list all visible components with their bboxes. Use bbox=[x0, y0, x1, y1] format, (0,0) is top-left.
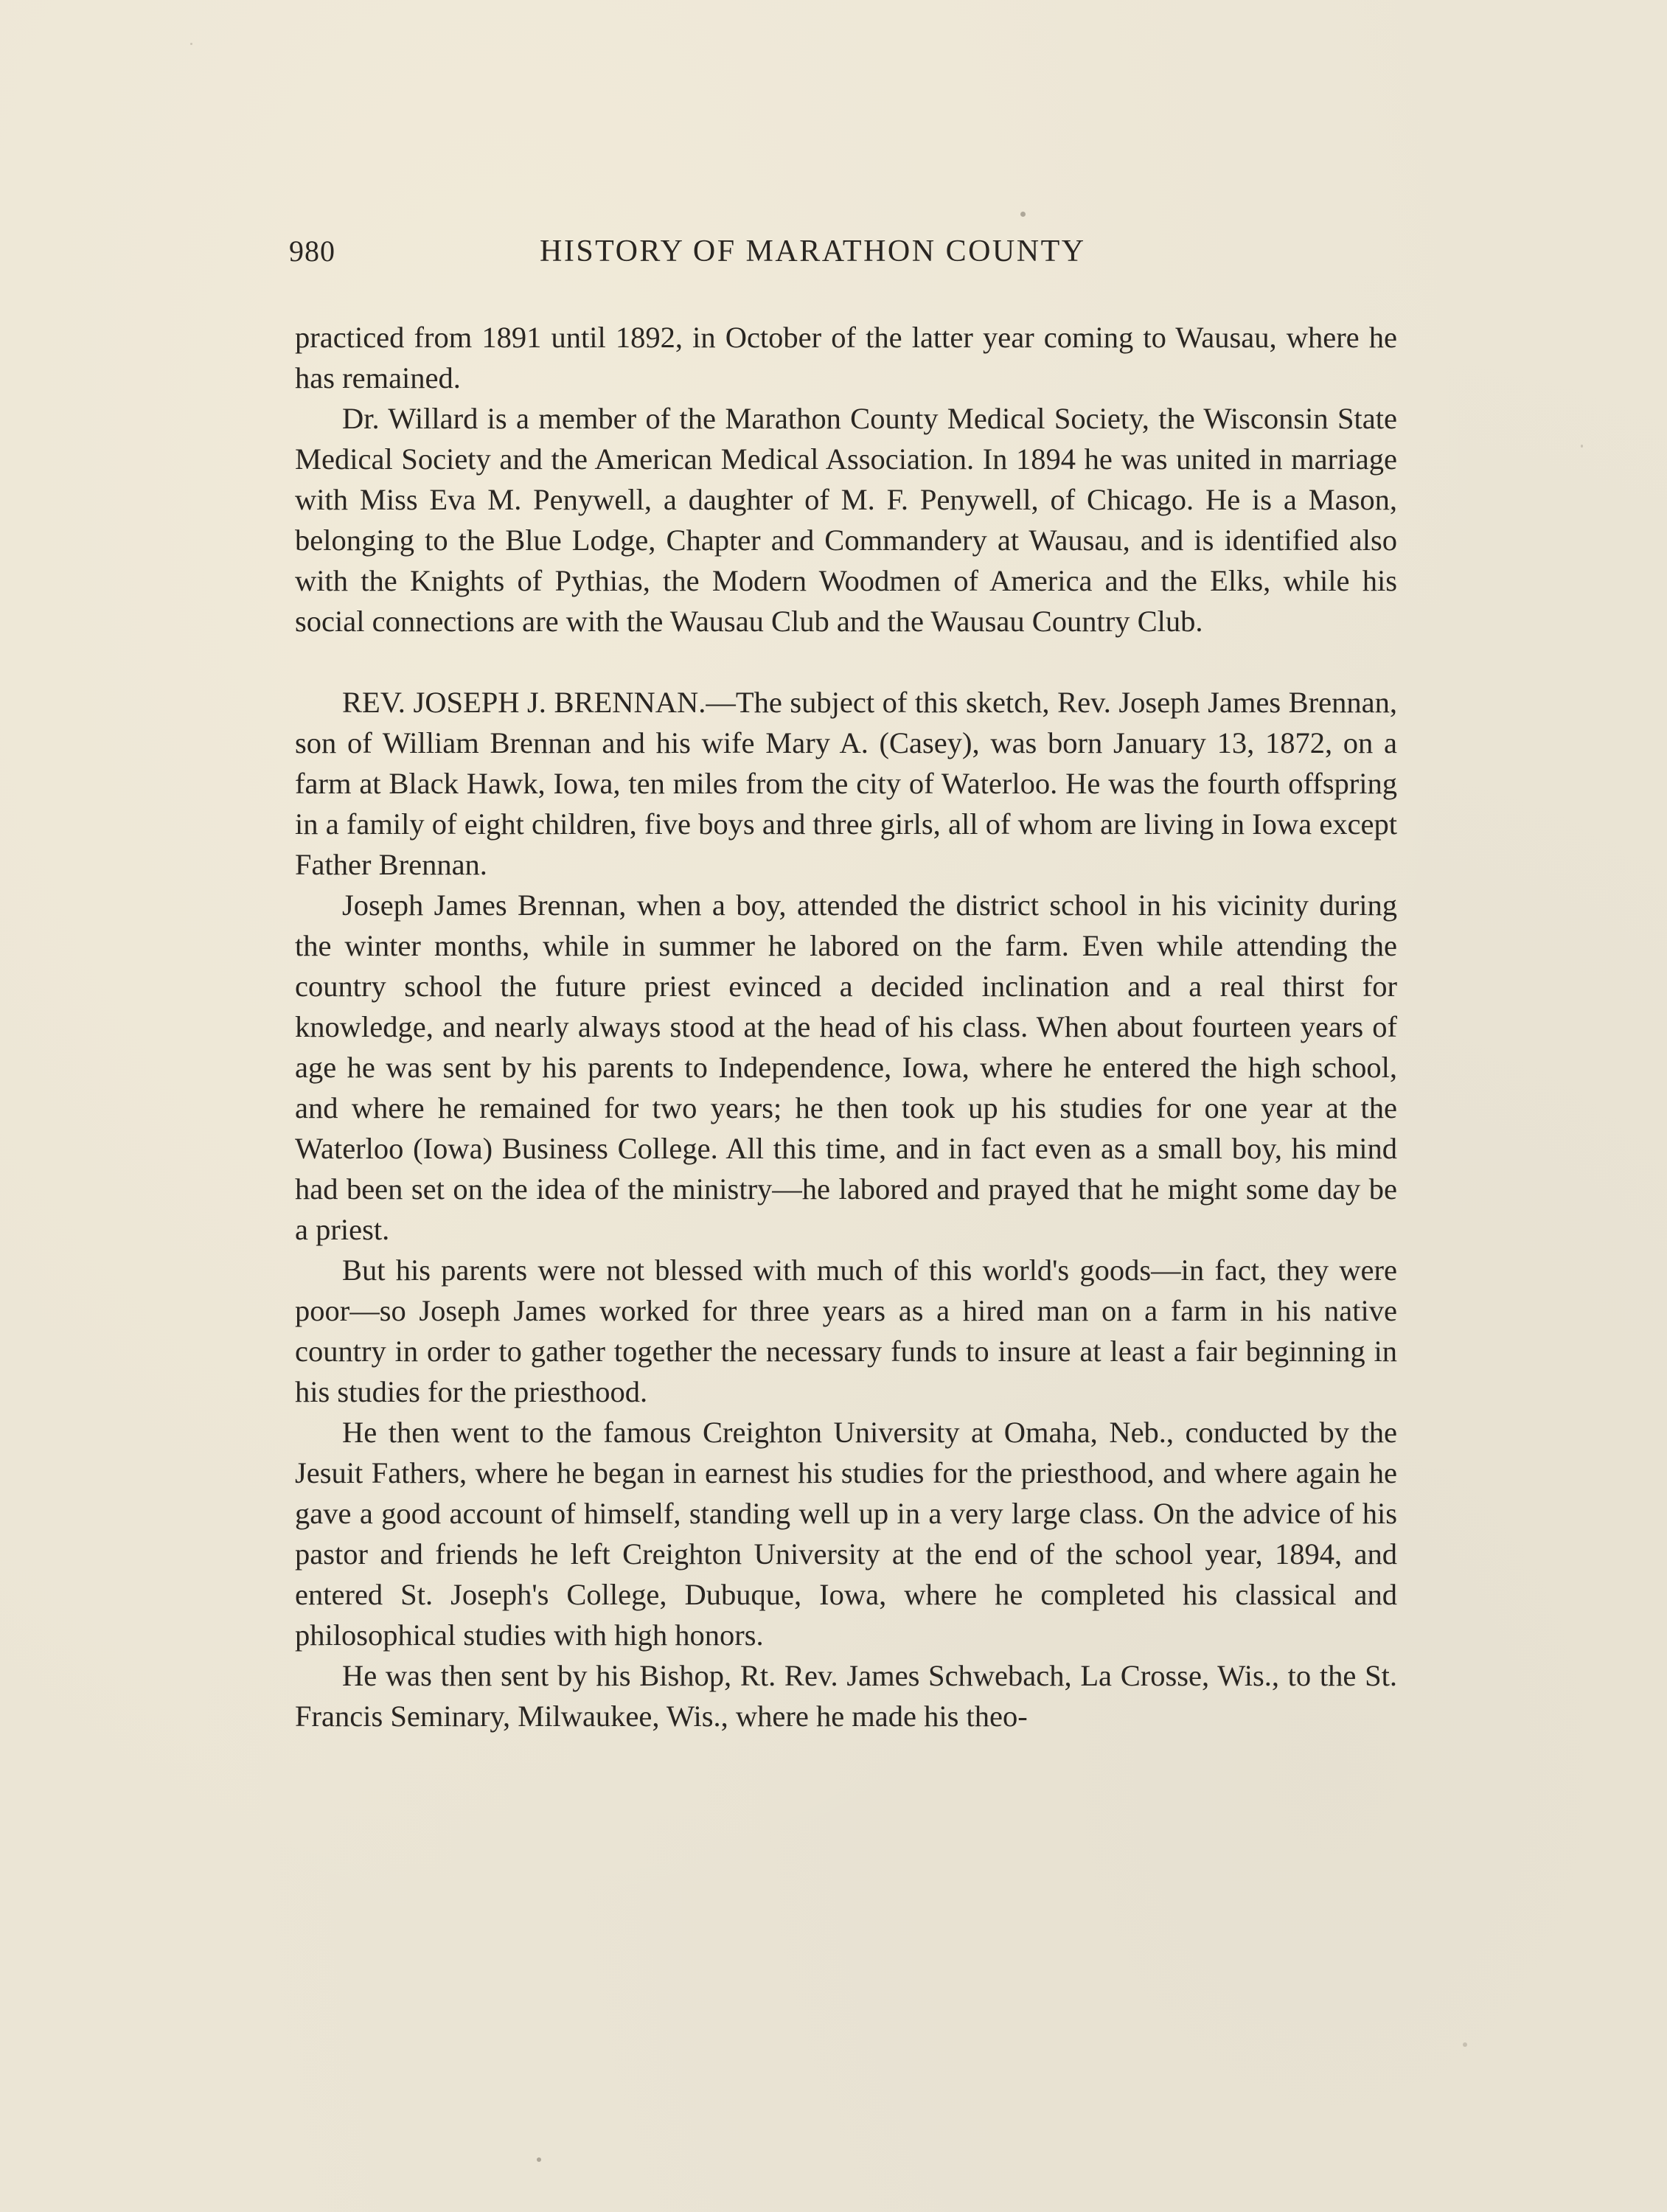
paragraph-brennan-creighton: He then went to the famous Creighton Uni… bbox=[295, 1412, 1397, 1655]
running-header: 980 HISTORY OF MARATHON COUNTY bbox=[295, 221, 1397, 273]
paragraph-brennan-intro: REV. JOSEPH J. BRENNAN.—The subject of t… bbox=[295, 682, 1397, 885]
running-title: HISTORY OF MARATHON COUNTY bbox=[540, 226, 1086, 277]
paragraph-willard-memberships: Dr. Willard is a member of the Marathon … bbox=[295, 398, 1397, 641]
paper-speck bbox=[901, 1312, 904, 1316]
paper-speck bbox=[1020, 212, 1026, 217]
paragraph-brennan-boyhood: Joseph James Brennan, when a boy, attend… bbox=[295, 885, 1397, 1250]
book-page: 980 HISTORY OF MARATHON COUNTY practiced… bbox=[295, 221, 1397, 1736]
paragraph-brennan-seminary: He was then sent by his Bishop, Rt. Rev.… bbox=[295, 1655, 1397, 1736]
paper-speck bbox=[537, 2157, 541, 2162]
page-number: 980 bbox=[289, 226, 335, 277]
paper-speck bbox=[1581, 445, 1583, 448]
paper-speck bbox=[190, 43, 192, 45]
paragraph-continuation: practiced from 1891 until 1892, in Octob… bbox=[295, 317, 1397, 398]
body-text: practiced from 1891 until 1892, in Octob… bbox=[295, 317, 1397, 1736]
paper-speck bbox=[1463, 2042, 1467, 2047]
paragraph-brennan-hired-man: But his parents were not blessed with mu… bbox=[295, 1250, 1397, 1412]
